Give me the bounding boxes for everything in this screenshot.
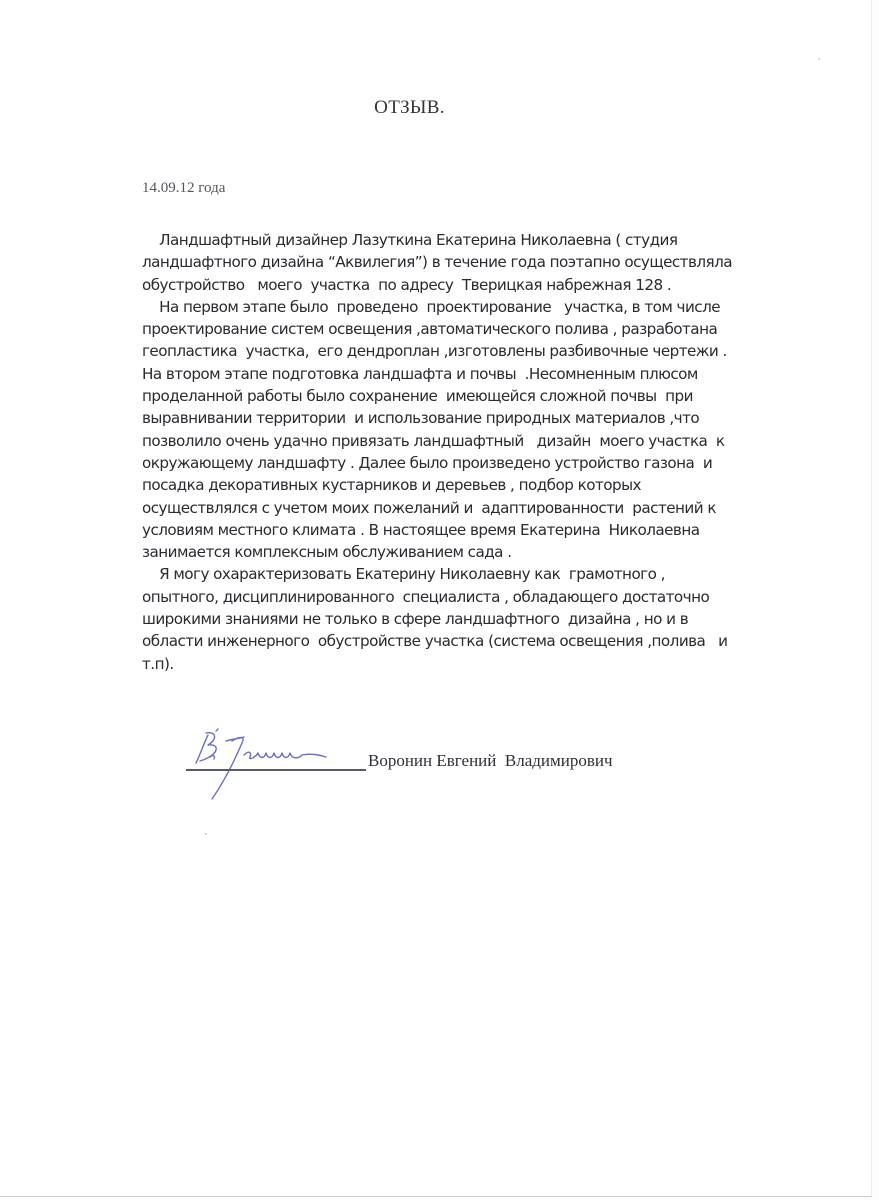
signature-block: Воронин Евгений Владимирович [186, 728, 746, 808]
body-line: широкими знаниями не только в сфере ланд… [142, 608, 802, 630]
body-line: проделанной работы было сохранение имеющ… [142, 385, 802, 407]
body-line: ландшафтного дизайна “Аквилегия”) в тече… [142, 251, 802, 273]
body-line: т.п). [142, 653, 802, 675]
scan-speck [818, 58, 820, 60]
body-line: На втором этапе подготовка ландшафта и п… [142, 363, 802, 385]
scan-speck [205, 833, 207, 835]
body-line: области инженерного обустройстве участка… [142, 630, 802, 652]
signer-name: Воронин Евгений Владимирович [368, 751, 613, 771]
body-line: Я могу охарактеризовать Екатерину Никола… [142, 563, 802, 585]
scanned-page: ОТЗЫВ. 14.09.12 года Ландшафтный дизайне… [0, 0, 872, 1197]
document-body: Ландшафтный дизайнер Лазуткина Екатерина… [142, 229, 802, 675]
body-line: проектирование систем освещения ,автомат… [142, 318, 802, 340]
body-line: опытного, дисциплинированного специалист… [142, 586, 802, 608]
body-line: Ландшафтный дизайнер Лазуткина Екатерина… [142, 229, 802, 251]
document-title: ОТЗЫВ. [0, 97, 879, 119]
signature-line [186, 769, 366, 771]
body-line: условиям местного климата . В настоящее … [142, 519, 802, 541]
body-line: посадка декоративных кустарников и дерев… [142, 474, 802, 496]
body-line: окружающему ландшафту . Далее было произ… [142, 452, 802, 474]
body-line: занимается комплексным обслуживанием сад… [142, 541, 802, 563]
handwritten-signature-icon [186, 723, 376, 803]
document-title-text: ОТЗЫВ. [374, 97, 445, 118]
body-line: обустройство моего участка по адресу Тве… [142, 274, 802, 296]
body-line: выравнивании территории и использование … [142, 407, 802, 429]
document-date: 14.09.12 года [142, 180, 225, 197]
body-line: геопластика участка, его дендроплан ,изг… [142, 340, 802, 362]
body-line: На первом этапе было проведено проектиро… [142, 296, 802, 318]
body-line: позволило очень удачно привязать ландшаф… [142, 430, 802, 452]
body-line: осуществлялся с учетом моих пожеланий и … [142, 497, 802, 519]
